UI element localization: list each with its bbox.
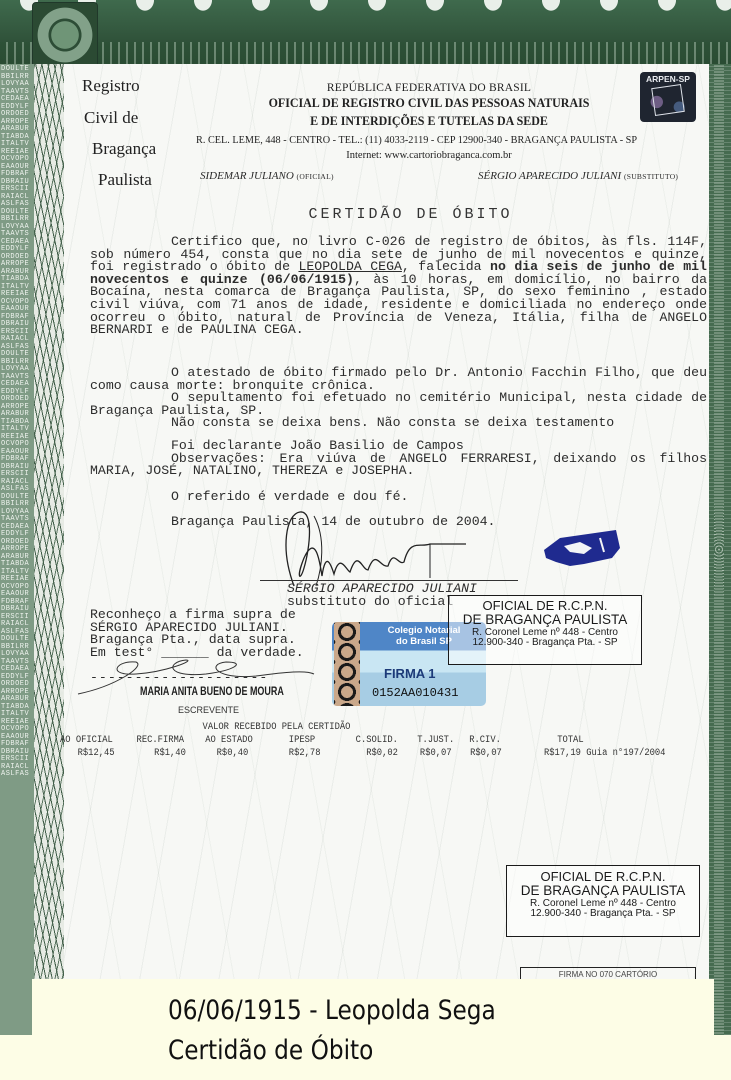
certificate-main-paragraph: Certifico que, no livro C-026 de registr… (90, 236, 707, 337)
fee-value: R$12,45 (78, 748, 115, 759)
seal-firma-label: FIRMA 1 (384, 666, 436, 681)
cause-of-death: O atestado de óbito firmado pelo Dr. Ant… (90, 367, 707, 392)
national-seal-emblem (32, 2, 98, 68)
arpen-label: ARPEN-SP (640, 74, 696, 84)
fee-col-header: AO OFICIAL (60, 735, 113, 746)
fee-value: R$0,02 (366, 748, 398, 759)
fees-title: VALOR RECEBIDO PELA CERTIDÃO (203, 722, 351, 733)
substitute-name: SÉRGIO APARECIDO JULIANI (SUBSTITUTO) (478, 170, 678, 182)
stamp-line-4: 12.900-340 - Bragança Pta. - SP (449, 638, 641, 649)
fee-total: R$17,19 Guia n°197/2004 (544, 748, 665, 759)
declarant-block: Foi declarante João Basilio de Campos Ob… (90, 440, 707, 478)
notary-name: MARIA ANITA BUENO DE MOURA (140, 686, 284, 698)
fee-col-header: C.SOLID. (356, 735, 398, 746)
ink-stamp-mark (540, 528, 622, 568)
fee-value: R$0,07 (470, 748, 502, 759)
stamp-line-1: OFICIAL DE R.C.P.N. (449, 599, 641, 613)
arpen-hologram-badge: ARPEN-SP (640, 72, 696, 122)
fee-col-header: TOTAL (557, 735, 583, 746)
brazil-map-icon (651, 84, 685, 116)
fee-col-header: R.CIV. (469, 735, 501, 746)
side-title-line-3: Bragança (92, 139, 156, 159)
certificate-title: CERTIDÃO DE ÓBITO (0, 206, 731, 223)
stamp-line-2: DE BRAGANÇA PAULISTA (507, 884, 699, 899)
side-title-line-4: Paulista (98, 170, 152, 190)
side-title-line-2: Civil de (84, 108, 138, 128)
cause-and-burial-paragraphs: O atestado de óbito firmado pelo Dr. Ant… (90, 367, 707, 430)
fee-value: R$0,07 (420, 748, 452, 759)
official-name: SIDEMAR JULIANO (OFICIAL) (200, 170, 334, 182)
signer-role: substituto do oficial (287, 596, 453, 609)
substitute-name-text: SÉRGIO APARECIDO JULIANI (478, 170, 621, 182)
observations: Observações: Era viúva de ANGELO FERRARE… (90, 453, 707, 478)
stamp-line-1: OFICIAL DE R.C.P.N. (507, 870, 699, 884)
fee-value: R$0,40 (217, 748, 249, 759)
fee-col-header: IPESP (289, 735, 315, 746)
office-stamp-upper: OFICIAL DE R.C.P.N. DE BRAGANÇA PAULISTA… (448, 595, 642, 665)
estate-info: Não consta se deixa bens. Não consta se … (90, 417, 707, 430)
stamp-line-4: 12.900-340 - Bragança Pta. - SP (507, 909, 699, 920)
fee-col-header: T.JUST. (417, 735, 454, 746)
office-heading-line-1: OFICIAL DE REGISTRO CIVIL DAS PESSOAS NA… (209, 95, 649, 111)
office-address: R. CEL. LEME, 448 - CENTRO - TEL.: (11) … (196, 134, 670, 146)
caption-subtitle: Certidão de Óbito (168, 1035, 373, 1066)
fee-col-header: AO ESTADO (205, 735, 253, 746)
caption-title: 06/06/1915 - Leopolda Sega (168, 995, 496, 1026)
handwritten-signature (270, 508, 480, 588)
attestation: O referido é verdade e dou fé. (90, 491, 707, 504)
fee-col-header: REC.FIRMA (137, 735, 185, 746)
official-name-text: SIDEMAR JULIANO (200, 170, 294, 182)
substitute-role: (SUBSTITUTO) (624, 172, 678, 181)
official-role: (OFICIAL) (297, 172, 334, 181)
signature-recognition: Reconheço a firma supra de SÉRGIO APAREC… (90, 609, 304, 659)
fee-value: R$1,40 (154, 748, 186, 759)
office-stamp-lower: OFICIAL DE R.C.P.N. DE BRAGANÇA PAULISTA… (506, 865, 700, 937)
side-title-line-1: Registro (82, 76, 140, 96)
seal-code: 0152AA010431 (372, 686, 458, 700)
fee-value: R$2,78 (289, 748, 321, 759)
office-heading-line-2: E DE INTERDIÇÕES E TUTELAS DA SEDE (209, 113, 649, 129)
stamp-line-2: DE BRAGANÇA PAULISTA (449, 613, 641, 628)
burial-info: O sepultamento foi efetuado no cemitério… (90, 392, 707, 417)
republic-heading: REPÚBLICA FEDERATIVA DO BRASIL (190, 82, 668, 94)
seal-pattern (334, 622, 360, 706)
guilloche-top-band (0, 0, 731, 64)
notary-role: ESCREVENTE (178, 705, 239, 715)
office-website: Internet: www.cartoriobraganca.com.br (190, 150, 668, 161)
